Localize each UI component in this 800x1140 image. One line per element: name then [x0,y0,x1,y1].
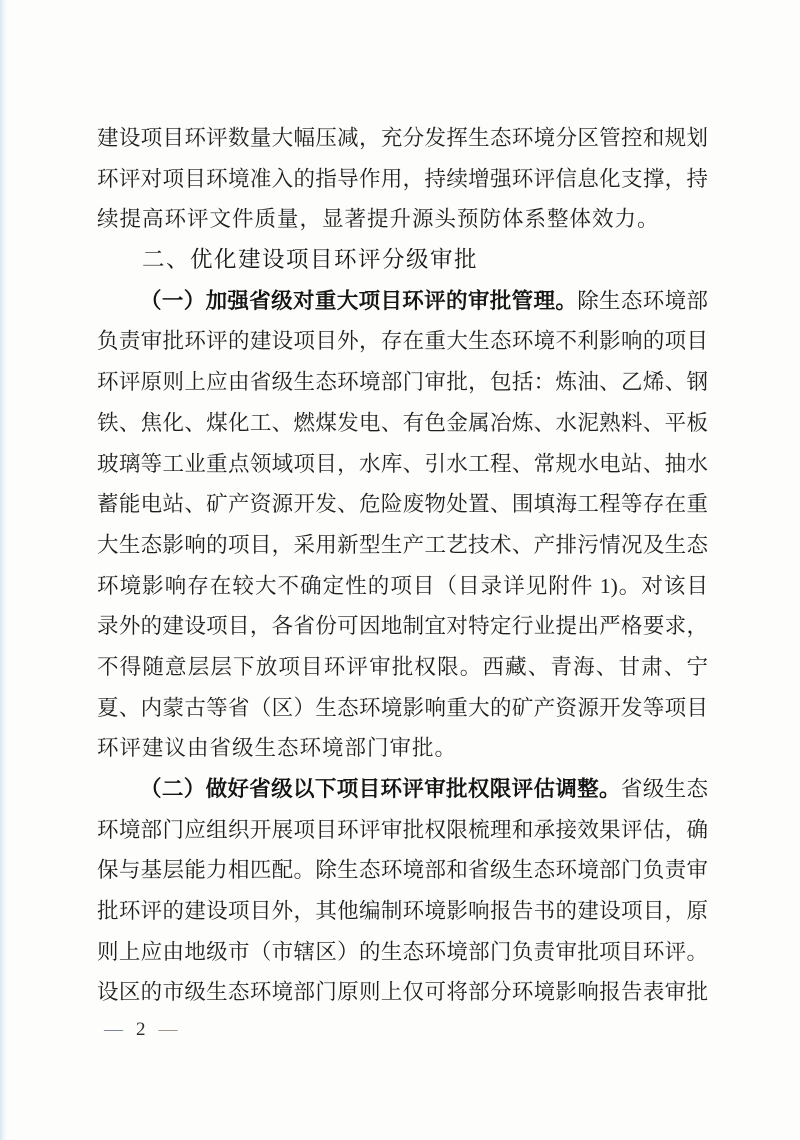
text-segment: 环评对项目环境准入的指导作用，持续增强环评信息化支撑，持 [97,167,708,191]
text-segment: 录外的建设项目，各省份可因地制宜对特定行业提出严格要求， [97,614,708,638]
text-line: 夏、内蒙古等省（区）生态环境影响重大的矿产资源开发等项目 [97,688,708,729]
text-line: 环境影响存在较大不确定性的项目（目录详见附件 1)。对该目 [97,566,708,607]
text-segment: 建设项目环评数量大幅压减，充分发挥生态环境分区管控和规划 [97,126,708,150]
text-segment: 批环评的建设项目外，其他编制环境影响报告书的建设项目，原 [97,899,708,923]
text-segment: 设区的市级生态环境部门原则上仅可将部分环境影响报告表审批 [97,980,708,1004]
text-line: 续提高环评文件质量，显著提升源头预防体系整体效力。 [97,199,708,240]
text-segment: 续提高环评文件质量，显著提升源头预防体系整体效力。 [97,207,660,231]
text-line: 铁、焦化、煤化工、燃煤发电、有色金属冶炼、水泥熟料、平板 [97,403,708,444]
document-lines: 建设项目环评数量大幅压减，充分发挥生态环境分区管控和规划环评对项目环境准入的指导… [97,118,708,1013]
text-segment: 负责审批环评的建设项目外，存在重大生态环境不利影响的项目 [97,329,708,353]
text-segment: 玻璃等工业重点领域项目，水库、引水工程、常规水电站、抽水 [97,452,708,476]
text-line: 保与基层能力相匹配。除生态环境部和省级生态环境部门负责审 [97,850,708,891]
text-line: 批环评的建设项目外，其他编制环境影响报告书的建设项目，原 [97,891,708,932]
text-segment: 环境影响存在较大不确定性的项目（目录详见附件 1)。对该目 [97,574,708,598]
text-line: 环评对项目环境准入的指导作用，持续增强环评信息化支撑，持 [97,159,708,200]
section-heading: 二、优化建设项目环评分级审批 [97,240,708,281]
text-segment: 蓄能电站、矿产资源开发、危险废物处置、围填海工程等存在重 [97,492,708,516]
text-line: 大生态影响的项目，采用新型生产工艺技术、产排污情况及生态 [97,525,708,566]
text-segment: 则上应由地级市（市辖区）的生态环境部门负责审批项目环评。 [97,940,708,964]
text-line: （一）加强省级对重大项目环评的审批管理。除生态环境部 [97,281,708,322]
text-line: 蓄能电站、矿产资源开发、危险废物处置、围填海工程等存在重 [97,484,708,525]
text-line: 环评建议由省级生态环境部门审批。 [97,728,708,769]
footer-dash-left: — [104,1018,123,1042]
text-line: 则上应由地级市（市辖区）的生态环境部门负责审批项目环评。 [97,932,708,973]
text-segment: 大生态影响的项目，采用新型生产工艺技术、产排污情况及生态 [97,533,708,557]
text-line: 设区的市级生态环境部门原则上仅可将部分环境影响报告表审批 [97,972,708,1013]
text-line: 负责审批环评的建设项目外，存在重大生态环境不利影响的项目 [97,321,708,362]
document-page: 建设项目环评数量大幅压减，充分发挥生态环境分区管控和规划环评对项目环境准入的指导… [0,0,800,1140]
text-line: 环境部门应组织开展项目环评审批权限梳理和承接效果评估，确 [97,810,708,851]
text-segment: 保与基层能力相匹配。除生态环境部和省级生态环境部门负责审 [97,858,708,882]
text-segment: 夏、内蒙古等省（区）生态环境影响重大的矿产资源开发等项目 [97,696,708,720]
text-line: 建设项目环评数量大幅压减，充分发挥生态环境分区管控和规划 [97,118,708,159]
text-segment: 环评建议由省级生态环境部门审批。 [97,736,457,760]
text-line: 玻璃等工业重点领域项目，水库、引水工程、常规水电站、抽水 [97,444,708,485]
text-segment: 环境部门应组织开展项目环评审批权限梳理和承接效果评估，确 [97,818,708,842]
text-segment: 除生态环境部 [577,289,708,313]
text-line: 不得随意层层下放项目环评审批权限。西藏、青海、甘肃、宁 [97,647,708,688]
text-segment: 不得随意层层下放项目环评审批权限。西藏、青海、甘肃、宁 [97,655,708,679]
page-number: 2 [136,1018,146,1042]
text-segment: 铁、焦化、煤化工、燃煤发电、有色金属冶炼、水泥熟料、平板 [97,411,708,435]
text-segment: 省级生态 [621,777,708,801]
clause-lead: （一）加强省级对重大项目环评的审批管理。 [140,289,577,313]
page-footer: — 2 — [104,1018,178,1042]
clause-lead: （二）做好省级以下项目环评审批权限评估调整。 [140,777,621,801]
text-line: 环评原则上应由省级生态环境部门审批，包括：炼油、乙烯、钢 [97,362,708,403]
text-segment: 环评原则上应由省级生态环境部门审批，包括：炼油、乙烯、钢 [97,370,708,394]
scan-edge-strip [0,0,7,1140]
footer-dash-right: — [159,1018,178,1042]
text-segment: 二、优化建设项目环评分级审批 [142,247,478,272]
text-line: （二）做好省级以下项目环评审批权限评估调整。省级生态 [97,769,708,810]
text-line: 录外的建设项目，各省份可因地制宜对特定行业提出严格要求， [97,606,708,647]
